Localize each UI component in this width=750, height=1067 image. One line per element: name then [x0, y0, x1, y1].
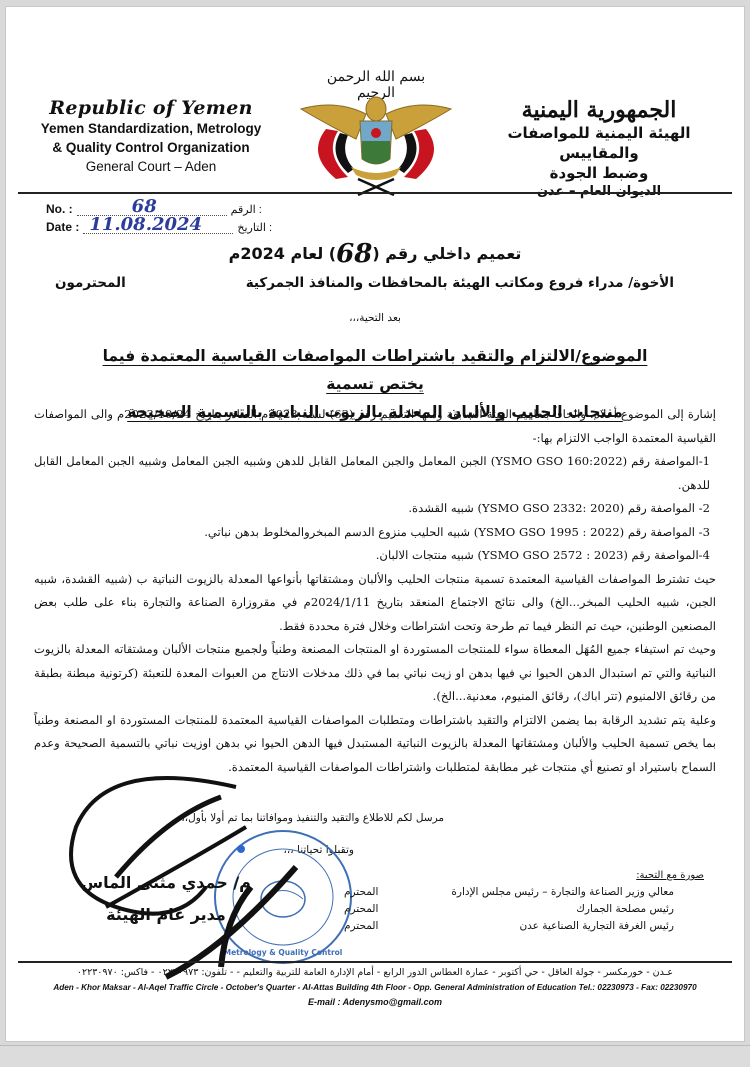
document-page: Republic of Yemen Yemen Standardization,… — [5, 6, 745, 1042]
circular-title: تعميم داخلي رقم (68) لعام 2024م — [6, 239, 744, 269]
carbon-copy-list: صورة مع التحية: معالي وزير الصناعة والتج… — [344, 867, 704, 935]
standard-item-2: 2- المواصفة رقم (YSMO GSO 2332: 2020) شب… — [34, 497, 716, 521]
footer-address-ar: عـدن - خورمكسر - جولة العاقل - حي أكتوبر… — [6, 967, 744, 978]
org-name-ar-line1: الهيئة اليمنية للمواصفات والمقاييس — [474, 123, 724, 163]
body-intro: إشارة إلى الموضوع أعلاه، والحاقاً بتعامي… — [34, 403, 716, 450]
standard-item-1: 1-المواصفة رقم (YSMO GSO 160:2022) الجبن… — [34, 450, 716, 497]
addressee: الأخوة/ مدراء فروع ومكاتب الهيئة بالمحاف… — [55, 275, 674, 291]
reference-date: 11.08.2024 — [89, 214, 202, 235]
reference-date-row: Date : 11.08.2024 : التاريخ — [46, 217, 272, 234]
date-label-ar: : التاريخ — [237, 221, 272, 234]
greeting: بعد التحية،،، — [6, 312, 744, 324]
cc-row: رئيس الغرفة التجارية الصناعية عدن المحتر… — [344, 918, 704, 935]
body-paragraph-2: وحيث تم استيفاء جميع المُهَل المعطاة سوا… — [34, 638, 716, 709]
standard-item-3: 3- المواصفة رقم (YSMO GSO 1995 : 2022) ش… — [34, 521, 716, 545]
header-arabic: الجمهورية اليمنية الهيئة اليمنية للمواصف… — [474, 97, 724, 201]
body-paragraph-1: حيث تشترط المواصفات القياسية المعتمدة تس… — [34, 568, 716, 639]
viewer-bottom-bar — [0, 1045, 750, 1067]
footer-email: E-mail : Adenysmo@gmail.com — [6, 997, 744, 1007]
header-english: Republic of Yemen Yemen Standardization,… — [36, 97, 266, 176]
org-name-en-line1: Yemen Standardization, Metrology — [36, 119, 266, 138]
cc-row: رئيس مصلحة الجمارك المحترم — [344, 901, 704, 918]
cc-heading: صورة مع التحية: — [344, 867, 704, 884]
republic-title-en: Republic of Yemen — [36, 97, 266, 119]
cc-row: معالي وزير الصناعة والتجارة – رئيس مجلس … — [344, 884, 704, 901]
handwritten-signature-icon — [46, 767, 366, 987]
footer-address-en: Aden - Khor Maksar - Al-Aqel Traffic Cir… — [6, 983, 744, 992]
org-name-ar-line2: وضبط الجودة — [474, 163, 724, 183]
addressee-to: الأخوة/ مدراء فروع ومكاتب الهيئة بالمحاف… — [246, 275, 674, 291]
number-label-ar: : الرقم — [231, 203, 262, 216]
yemen-emblem-icon — [296, 69, 456, 197]
court-en: General Court – Aden — [36, 157, 266, 176]
addressee-honorific: المحترمون — [55, 275, 126, 291]
header-divider — [18, 192, 732, 194]
circular-number: 68 — [336, 239, 372, 269]
standard-item-4: 4-المواصفة رقم (YSMO GSO 2572 : 2023) شب… — [34, 544, 716, 568]
republic-title-ar: الجمهورية اليمنية — [474, 97, 724, 123]
letter-body: إشارة إلى الموضوع أعلاه، والحاقاً بتعامي… — [34, 403, 716, 779]
org-name-en-line2: & Quality Control Organization — [36, 138, 266, 157]
footer-divider — [18, 961, 732, 963]
date-label: Date : — [46, 220, 79, 234]
number-label: No. : — [46, 202, 73, 216]
subject-line1: الموضوع/الالتزام والتقيد باشتراطات الموا… — [103, 347, 648, 393]
